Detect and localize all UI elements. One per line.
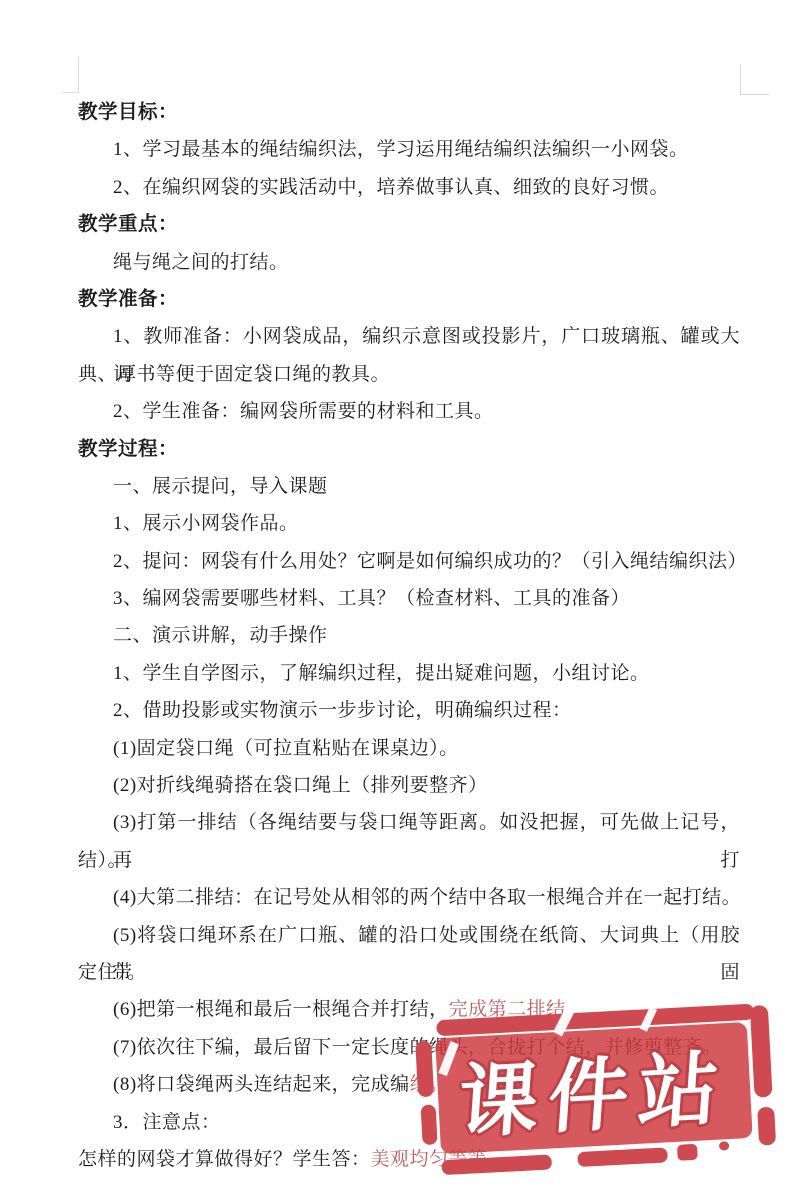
doc-line-tinted-text: 织。 <box>410 1074 449 1095</box>
doc-line: 2、学生准备：编网袋所需要的材料和工具。 <box>78 393 740 430</box>
doc-line-text: (6)把第一根绳和最后一根绳合并打结， <box>113 999 449 1020</box>
doc-line: 1、展示小网袋作品。 <box>78 505 740 542</box>
doc-line-text: 2、学生准备：编网袋所需要的材料和工具。 <box>113 401 494 422</box>
doc-line: 教学过程： <box>78 431 740 468</box>
document-body: 教学目标：1、学习最基本的绳结编织法，学习运用绳结编织法编织一小网袋。2、在编织… <box>78 94 740 1178</box>
doc-line: 2、在编织网袋的实践活动中，培养做事认真、细致的良好习惯。 <box>78 169 740 206</box>
doc-line-text: 二、演示讲解，动手操作 <box>113 625 328 646</box>
doc-line: 3．注意点： <box>78 1104 740 1141</box>
doc-line-text: 3．注意点： <box>113 1112 221 1133</box>
doc-line: (3)打第一排结（各绳结要与袋口绳等距离。如没把握，可先做上记号，再打 <box>78 804 740 841</box>
crop-mark-top-left-horizontal <box>63 92 79 93</box>
doc-line-text: (8)将口袋绳两头连结起来，完成编 <box>113 1074 410 1095</box>
doc-line-text: 2、在编织网袋的实践活动中，培养做事认真、细致的良好习惯。 <box>113 177 669 198</box>
doc-line: 一、展示提问，导入课题 <box>78 468 740 505</box>
crop-mark-top-right-vertical <box>740 64 741 95</box>
doc-line-text: 怎样的网袋才算做得好？学生答： <box>78 1149 371 1170</box>
doc-line: (6)把第一根绳和最后一根绳合并打结，完成第二排结。 <box>78 991 740 1028</box>
doc-line: 3、编网袋需要哪些材料、工具？（检查材料、工具的准备） <box>78 580 740 617</box>
doc-line: 教学重点： <box>78 206 740 243</box>
doc-line-text: (1)固定袋口绳（可拉直粘贴在课桌边）。 <box>113 738 459 759</box>
doc-line-text: 绳与绳之间的打结。 <box>113 252 289 273</box>
doc-line-text: 3、编网袋需要哪些材料、工具？（检查材料、工具的准备） <box>113 588 630 609</box>
doc-line: 1、学习最基本的绳结编织法，学习运用绳结编织法编织一小网袋。 <box>78 131 740 168</box>
doc-line: 1、学生自学图示，了解编织过程，提出疑难问题，小组讨论。 <box>78 655 740 692</box>
doc-line: 2、提问：网袋有什么用处？它啊是如何编织成功的？（引入绳结编织法） <box>78 543 740 580</box>
doc-line: 典、厚书等便于固定袋口绳的教具。 <box>78 356 740 393</box>
doc-line-text: 结）。 <box>78 850 127 871</box>
doc-line-text: 2、提问：网袋有什么用处？它啊是如何编织成功的？（引入绳结编织法） <box>113 551 747 572</box>
doc-line: 教学准备： <box>78 281 740 318</box>
doc-line-text: (4)大第二排结：在记号处从相邻的两个结中各取一根绳合并在一起打结。 <box>113 887 741 908</box>
doc-line-text: 教学重点： <box>78 214 178 235</box>
doc-line-text: 一、展示提问，导入课题 <box>113 476 328 497</box>
doc-line-text: 典、厚书等便于固定袋口绳的教具。 <box>78 364 390 385</box>
doc-line-text: (5)将袋口绳环系在广口瓶、罐的沿口处或围绕在纸筒、大词典上（用胶带固 <box>113 925 740 983</box>
doc-line-text: 1、展示小网袋作品。 <box>113 513 299 534</box>
doc-line: (8)将口袋绳两头连结起来，完成编织。 <box>78 1066 740 1103</box>
doc-line: 二、演示讲解，动手操作 <box>78 617 740 654</box>
doc-line-text: (2)对折线绳骑搭在袋口绳上（排列要整齐） <box>113 775 488 796</box>
doc-line: 教学目标： <box>78 94 740 131</box>
doc-line-text: 教学目标： <box>78 102 178 123</box>
doc-line: 2、借助投影或实物演示一步步讨论，明确编织过程： <box>78 692 740 729</box>
stamp-border-right-lower <box>757 1107 776 1146</box>
stamp-border-right-upper <box>750 1005 773 1098</box>
doc-line-text: 2、借助投影或实物演示一步步讨论，明确编织过程： <box>113 700 572 721</box>
doc-line: (5)将袋口绳环系在广口瓶、罐的沿口处或围绕在纸筒、大词典上（用胶带固 <box>78 917 740 954</box>
doc-line: (2)对折线绳骑搭在袋口绳上（排列要整齐） <box>78 767 740 804</box>
doc-line: (7)依次往下编，最后留下一定长度的绳头，合拢打个结，并修剪整齐。 <box>78 1029 740 1066</box>
doc-line-text: 教学过程： <box>78 439 178 460</box>
doc-line: 1、教师准备：小网袋成品，编织示意图或投影片，广口玻璃瓶、罐或大词 <box>78 318 740 355</box>
doc-line: (4)大第二排结：在记号处从相邻的两个结中各取一根绳合并在一起打结。 <box>78 879 740 916</box>
crop-mark-top-left-vertical <box>78 57 79 93</box>
document-page: 教学目标：1、学习最基本的绳结编织法，学习运用绳结编织法编织一小网袋。2、在编织… <box>0 0 800 1200</box>
doc-line-tinted-text: 完成第二排结。 <box>449 999 586 1020</box>
doc-line: 怎样的网袋才算做得好？学生答：美观均匀等等。 <box>78 1141 740 1178</box>
doc-line-text: 定住）。 <box>78 962 147 983</box>
doc-line-text: 1、学生自学图示，了解编织过程，提出疑难问题，小组讨论。 <box>113 663 650 684</box>
doc-line-text: (3)打第一排结（各绳结要与袋口绳等距离。如没把握，可先做上记号，再打 <box>113 812 740 870</box>
doc-line-tinted-text: 美观均匀等等。 <box>371 1149 508 1170</box>
doc-line-text: 教学准备： <box>78 289 178 310</box>
doc-line-text: (7)依次往下编，最后留下一定长度的绳头，合拢打个结，并修剪整齐。 <box>113 1037 722 1058</box>
doc-line: (1)固定袋口绳（可拉直粘贴在课桌边）。 <box>78 730 740 767</box>
doc-line-text: 1、学习最基本的绳结编织法，学习运用绳结编织法编织一小网袋。 <box>113 139 689 160</box>
crop-mark-top-right-horizontal <box>740 94 769 95</box>
doc-line: 绳与绳之间的打结。 <box>78 244 740 281</box>
